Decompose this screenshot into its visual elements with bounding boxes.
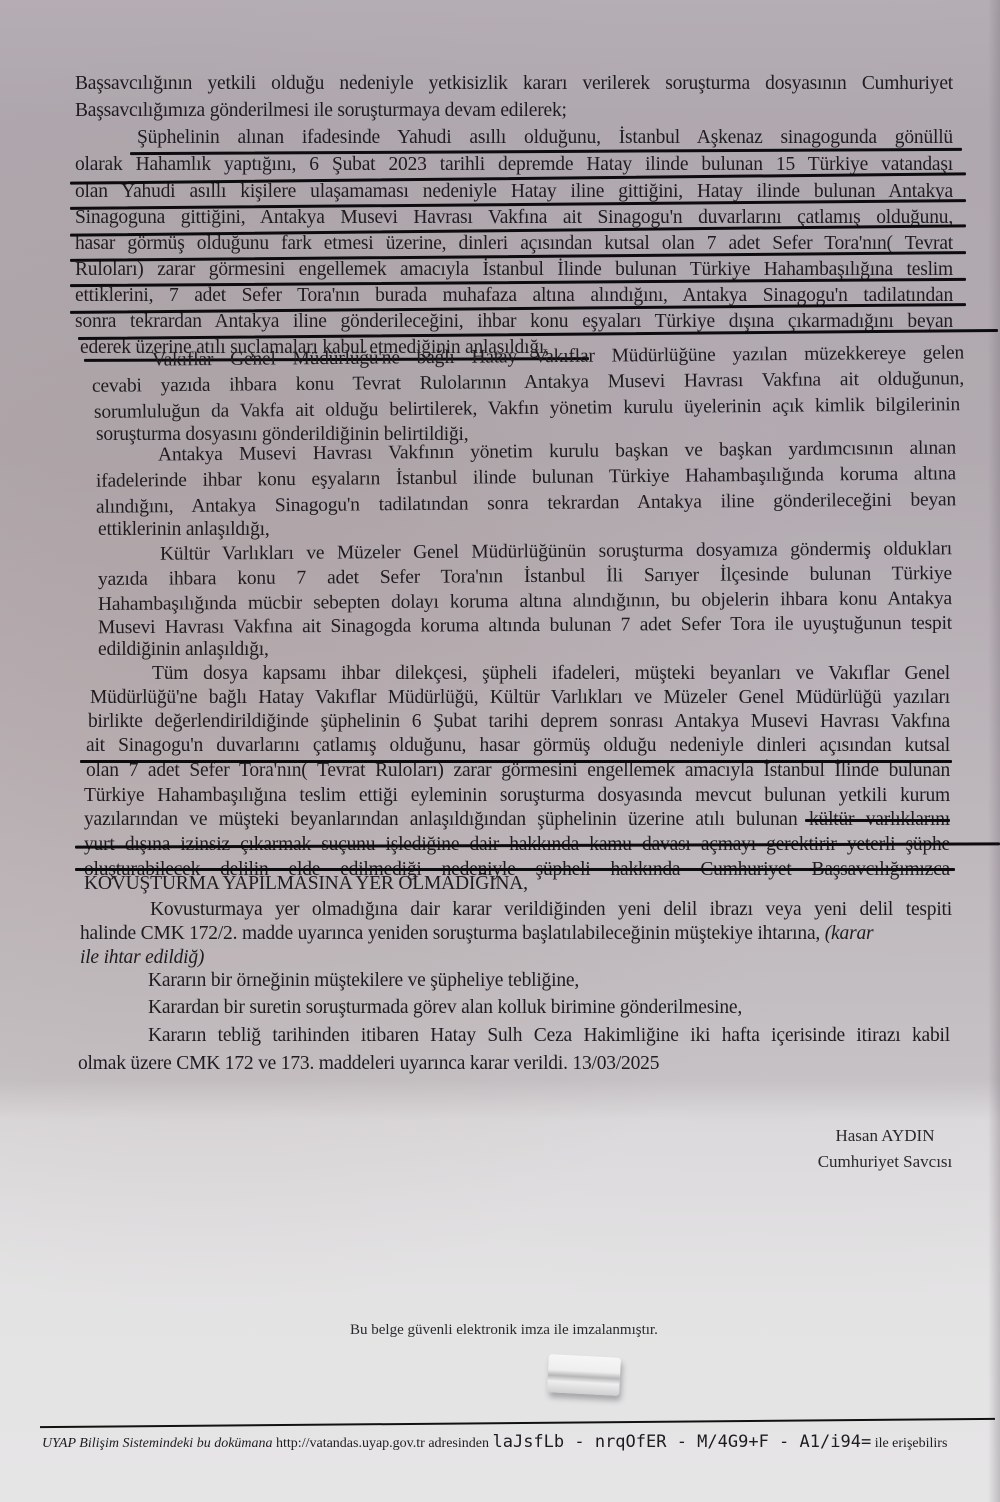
staple-icon xyxy=(547,1354,621,1396)
evaluation-line: birlikte değerlendirildiğinde şüphelinin… xyxy=(88,710,950,734)
signatory-name: Hasan AYDIN xyxy=(800,1124,970,1148)
marker-underline xyxy=(80,760,952,763)
final-line: olmak üzere CMK 172 ve 173. maddeleri uy… xyxy=(78,1052,659,1076)
kultur-line: Musevi Havrası Vakfına ait Sinagogda kor… xyxy=(98,612,952,640)
footer-url[interactable]: http://vatandas.uyap.gov.tr xyxy=(276,1436,425,1451)
esign-notice: Bu belge güvenli elektronik imza ile imz… xyxy=(350,1322,658,1339)
signatory-title: Cumhuriyet Savcısı xyxy=(790,1150,980,1174)
evaluation-line: Müdürlüğü'ne bağlı Hatay Vakıflar Müdürl… xyxy=(90,686,950,710)
footer-suffix: ile erişebilirs xyxy=(875,1436,948,1451)
notice-line: Kararın bir örneğinin müştekilere ve şüp… xyxy=(148,969,579,993)
notice-line: Karardan bir suretin soruşturmada görev … xyxy=(148,996,742,1020)
board-line: ettiklerinin anlaşıldığı, xyxy=(98,518,270,542)
kovusturma-italic-line: ile ihtar edildiğ) xyxy=(80,946,204,970)
decision-date: 13/03/2025 xyxy=(572,1053,659,1074)
board-line: alındığını, Antakya Sinagogu'n tadilatın… xyxy=(96,488,956,520)
vakiflar-line: sorumluluğun da Vakfa ait olduğu belirti… xyxy=(94,393,960,425)
kovusturma-text: halinde CMK 172/2. madde uyarınca yenide… xyxy=(80,923,820,944)
evaluation-line: Tüm dosya kapsamı ihbar dilekçesi, şüphe… xyxy=(152,662,950,686)
decision-heading: KOVUŞTURMA YAPILMASINA YER OLMADIĞINA, xyxy=(84,872,528,896)
footer-divider xyxy=(40,1418,995,1428)
intro-line: Başsavcılığının yetkili olduğu nedeniyle… xyxy=(75,72,953,96)
document-page: Başsavcılığının yetkili olduğu nedeniyle… xyxy=(0,0,1000,1502)
notice-line: Kararın tebliğ tarihinden itibaren Hatay… xyxy=(148,1024,950,1048)
footer-uyap: UYAP Bilişim Sistemindeki bu dokümana ht… xyxy=(42,1432,947,1452)
evaluation-line: Türkiye Hahambaşılığına teslim ettiği ey… xyxy=(84,784,950,808)
final-line-text: olmak üzere CMK 172 ve 173. maddeleri uy… xyxy=(78,1053,572,1074)
footer-prefix: UYAP Bilişim Sistemindeki bu dokümana xyxy=(42,1436,273,1451)
evaluation-line: ait Sinagogu'n duvarlarını çatlamış oldu… xyxy=(86,734,950,758)
kovusturma-line: Kovusturmaya yer olmadığına dair karar v… xyxy=(150,898,952,922)
kovusturma-italic-tail: (karar xyxy=(825,923,874,944)
footer-middle: adresinden xyxy=(428,1436,489,1451)
paper-edge-shadow xyxy=(988,0,1000,1502)
marker-underline xyxy=(805,819,950,822)
kultur-line: edildiğinin anlaşıldığı, xyxy=(98,638,269,662)
kovusturma-line: halinde CMK 172/2. madde uyarınca yenide… xyxy=(80,922,873,946)
marker-underline xyxy=(75,868,955,871)
footer-access-code: laJsfLb - nrqOfER - M/4G9+F - A1/i94= xyxy=(492,1432,871,1452)
statement-line: Şüphelinin alınan ifadesinde Yahudi asıl… xyxy=(137,126,953,150)
intro-line: Başsavcılığımıza gönderilmesi ile soruşt… xyxy=(75,99,567,123)
